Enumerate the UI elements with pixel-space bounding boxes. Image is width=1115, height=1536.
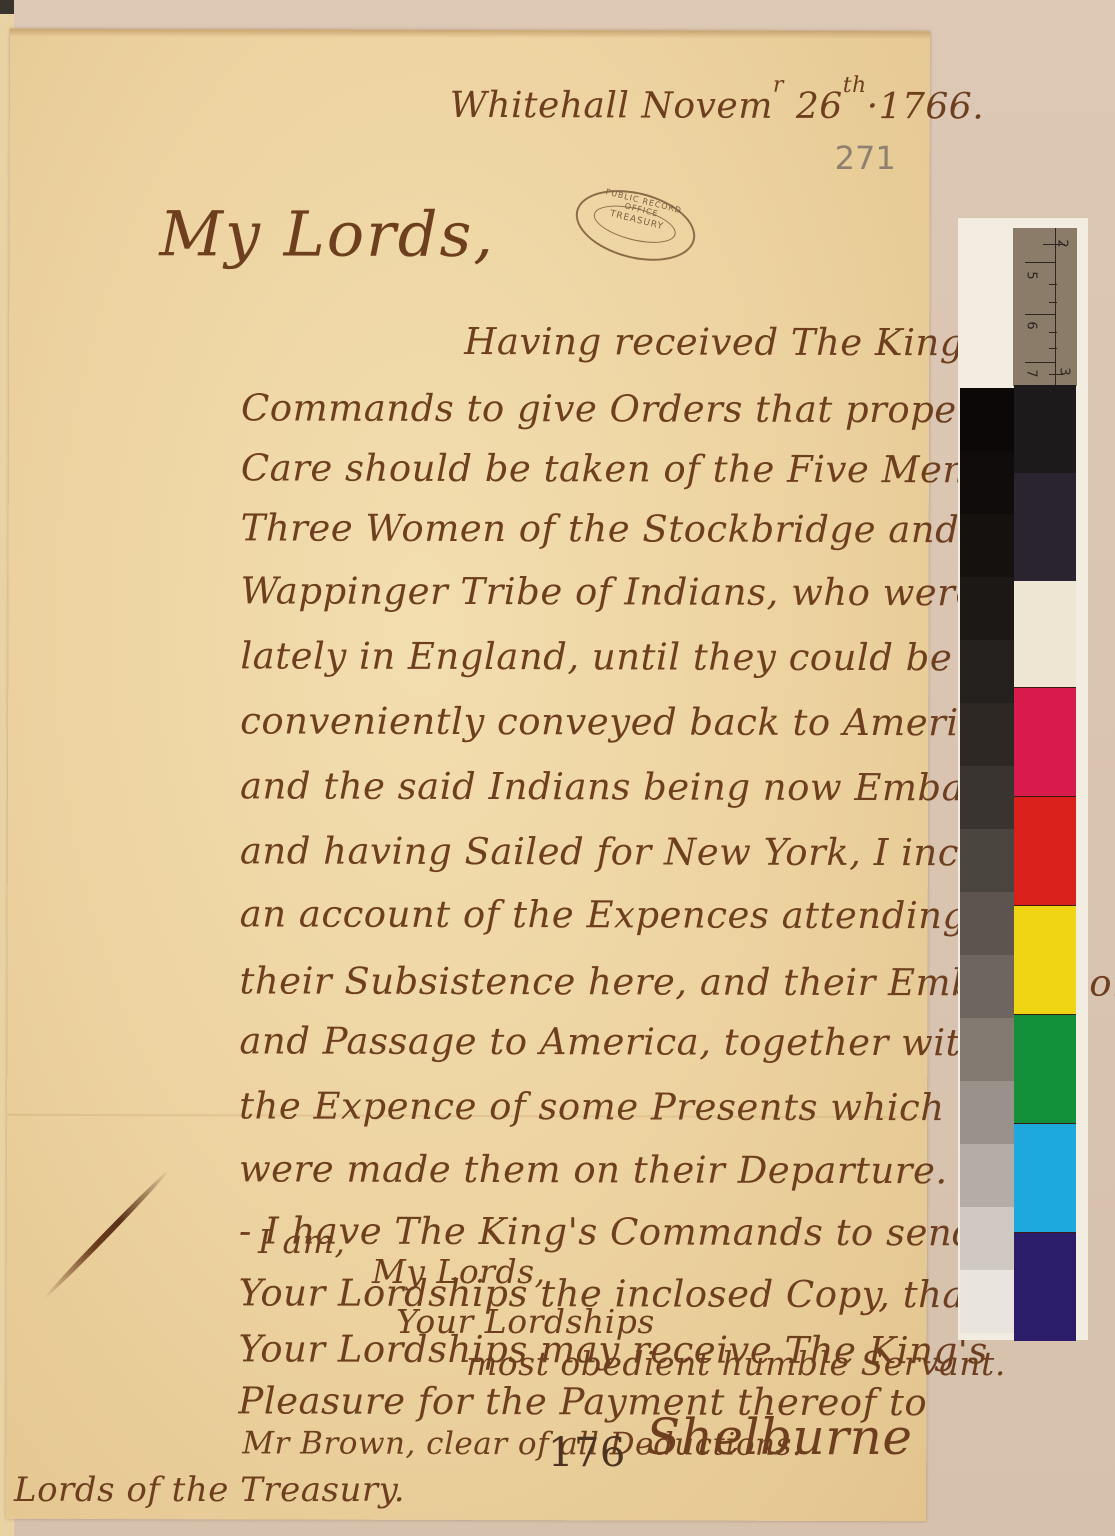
body-line: Care should be taken of the Five Men and	[241, 446, 1050, 491]
marginal-pen-stroke	[42, 1168, 172, 1301]
gray-patch	[960, 1207, 1014, 1270]
body-line: and having Sailed for New York, I inclos…	[240, 829, 1036, 874]
closing-line-1: I am,	[258, 1222, 345, 1261]
cyan-patch	[1014, 1123, 1076, 1232]
body-line: Three Women of the Stockbridge and	[241, 506, 960, 551]
body-line: Having received The King's	[464, 320, 994, 364]
ruler-label: 7	[1024, 369, 1039, 377]
signature: Shelburne	[646, 1408, 912, 1466]
body-line: and the said Indians being now Embarked	[240, 764, 1052, 809]
document-number: 176	[548, 1430, 626, 1476]
dateline-year: 1766.	[879, 86, 985, 127]
ruler-tick	[1049, 332, 1057, 333]
body-line: Wappinger Tribe of Indians, who were	[240, 569, 977, 614]
ruler-tick	[1049, 348, 1057, 349]
dark-violet-gray-patch	[1014, 473, 1076, 581]
gray-patch	[960, 577, 1014, 640]
body-line: were made them on their Departure.	[239, 1147, 948, 1192]
yellow-patch	[1014, 905, 1076, 1014]
gray-patch	[960, 1270, 1014, 1333]
body-line: lately in England, until they could be	[240, 634, 952, 679]
adjacent-page-corner	[0, 0, 14, 14]
body-line: and Passage to America, together with	[239, 1019, 985, 1064]
gray-patch	[960, 388, 1014, 451]
gray-patch	[960, 451, 1014, 514]
ruler-tick	[1025, 262, 1055, 263]
public-record-office-stamp: PUBLIC RECORD OFFICE TREASURY	[568, 179, 702, 273]
gray-patch	[960, 766, 1014, 829]
body-line: conveniently conveyed back to America,	[240, 699, 1015, 744]
gray-patch	[960, 1018, 1014, 1081]
ruler-tick	[1049, 284, 1057, 285]
red-patch	[1014, 796, 1076, 905]
ruler-label: 5	[1024, 271, 1039, 279]
dark-gray-patch	[1014, 385, 1076, 473]
gray-patch	[960, 514, 1014, 577]
salutation: My Lords,	[159, 197, 495, 271]
ruler-edge	[1055, 228, 1056, 386]
gray-patch	[960, 1081, 1014, 1144]
body-line: Commands to give Orders that proper	[241, 386, 975, 431]
ruler-tick	[1025, 362, 1055, 363]
gray-patch	[960, 955, 1014, 1018]
dateline: Whitehall Novemr 26th·1766.	[450, 72, 985, 127]
dateline-day: 26	[796, 86, 843, 127]
addressee: Lords of the Treasury.	[14, 1470, 405, 1510]
dateline-month-suffix: r	[773, 73, 784, 98]
letter-page: Whitehall Novemr 26th·1766. 271 PUBLIC R…	[6, 29, 930, 1521]
closing-line-2: My Lords,	[372, 1252, 546, 1291]
body-line: the Expence of some Presents which	[239, 1084, 945, 1129]
ruler-label: 3	[1057, 367, 1072, 375]
white-patch	[1014, 581, 1076, 687]
green-patch	[1014, 1014, 1076, 1123]
closing-line-3: Your Lordships	[396, 1302, 655, 1341]
gray-patch	[960, 1144, 1014, 1207]
ruler-tick	[1025, 314, 1055, 315]
body-line: an account of the Expences attending	[240, 892, 967, 937]
dateline-place: Whitehall	[450, 85, 630, 126]
color-patch-strip	[1014, 385, 1076, 1341]
ruler-label: 2	[1055, 239, 1070, 247]
body-line: - I have The King's Commands to send	[239, 1209, 977, 1254]
gray-patch	[960, 640, 1014, 703]
folio-number: 271	[835, 139, 896, 177]
gray-patch	[960, 892, 1014, 955]
gray-patch	[960, 703, 1014, 766]
ruler-tick	[1049, 302, 1057, 303]
blue-violet-patch	[1014, 1232, 1076, 1341]
magenta-patch	[1014, 687, 1076, 796]
gray-patch	[960, 829, 1014, 892]
dateline-day-suffix: th	[843, 73, 867, 98]
closing-line-4: most obedient humble Servant.	[466, 1344, 1006, 1383]
dateline-month: Novem	[641, 85, 773, 126]
grayscale-strip	[960, 388, 1014, 1333]
ruler-label: 6	[1024, 321, 1039, 329]
scale-ruler: 2 5 6 7 3	[1013, 228, 1077, 386]
